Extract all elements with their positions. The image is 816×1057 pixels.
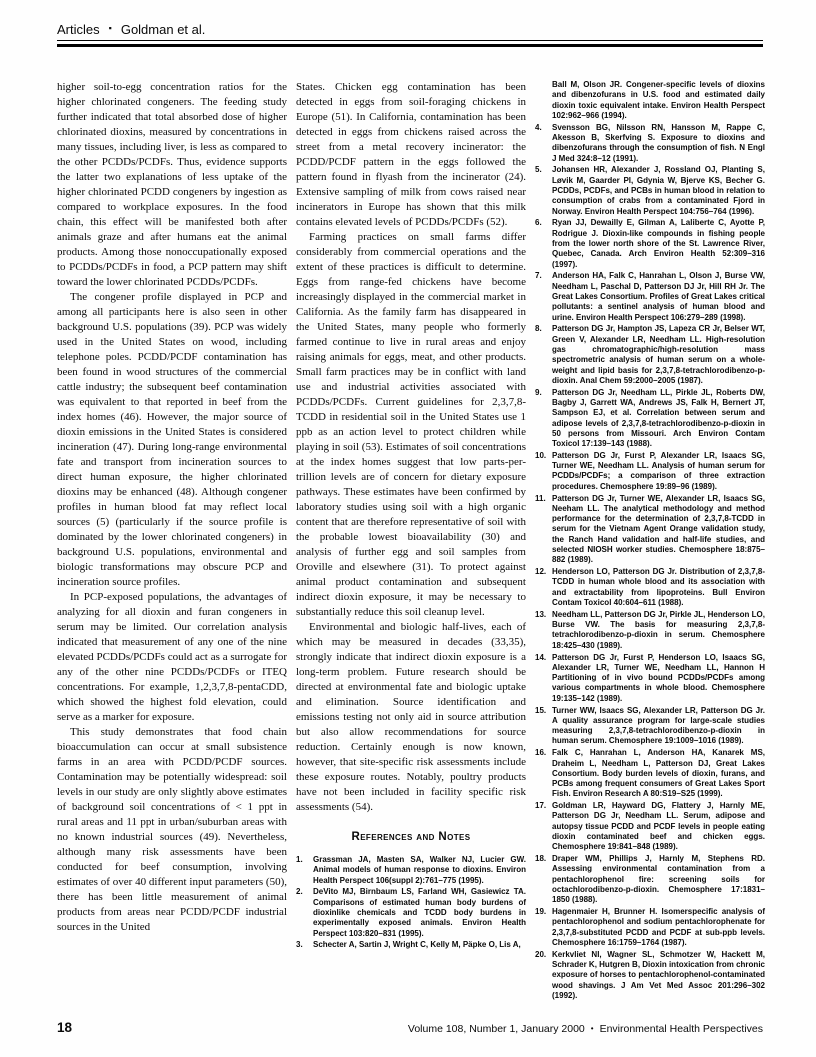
article-content: higher soil-to-egg concentration ratios …: [57, 80, 763, 1003]
dot-bullet-icon: •: [591, 1024, 594, 1033]
reference-item: 14. Patterson DG Jr, Furst P, Henderson …: [535, 653, 765, 704]
reference-item: 15. Turner WW, Isaacs SG, Alexander LR, …: [535, 706, 765, 747]
reference-text: Patterson DG Jr, Needham LL, Pirkle JL, …: [552, 388, 765, 450]
reference-number: 19.: [535, 907, 552, 948]
references-heading: References and Notes: [296, 831, 526, 843]
page-number: 18: [57, 1020, 72, 1035]
reference-item: 3. Schecter A, Sartin J, Wright C, Kelly…: [296, 940, 526, 950]
reference-number: 13.: [535, 610, 552, 651]
reference-number: 9.: [535, 388, 552, 450]
body-paragraph: In PCP-exposed populations, the advantag…: [57, 590, 287, 725]
reference-number: 3.: [296, 940, 313, 950]
reference-item: 8. Patterson DG Jr, Hampton JS, Lapeza C…: [535, 324, 765, 386]
reference-item: 20. Kerkvliet NI, Wagner SL, Schmotzer W…: [535, 950, 765, 1001]
body-paragraph: Environmental and biologic half-lives, e…: [296, 620, 526, 815]
reference-item: 1. Grassman JA, Masten SA, Walker NJ, Lu…: [296, 855, 526, 886]
reference-item: 7. Anderson HA, Falk C, Hanrahan L, Olso…: [535, 271, 765, 322]
square-bullet-icon: ▪: [109, 24, 112, 33]
reference-item: 5. Johansen HR, Alexander J, Rossland OJ…: [535, 165, 765, 216]
reference-text: Draper WM, Phillips J, Harnly M, Stephen…: [552, 854, 765, 905]
reference-number: 10.: [535, 451, 552, 492]
reference-text: DeVito MJ, Birnbaum LS, Farland WH, Gasi…: [313, 887, 526, 938]
reference-number: 17.: [535, 801, 552, 852]
reference-text: Grassman JA, Masten SA, Walker NJ, Lucie…: [313, 855, 526, 886]
section-label: Articles: [57, 22, 100, 37]
column-1: higher soil-to-egg concentration ratios …: [57, 80, 287, 1003]
reference-text: Turner WW, Isaacs SG, Alexander LR, Patt…: [552, 706, 765, 747]
volume-info: Volume 108, Number 1, January 2000: [408, 1023, 585, 1035]
reference-text: Needham LL, Patterson DG Jr, Pirkle JL, …: [552, 610, 765, 651]
body-paragraph: The congener profile displayed in PCP an…: [57, 290, 287, 590]
authors-label: Goldman et al.: [121, 22, 206, 37]
body-paragraph: This study demonstrates that food chain …: [57, 725, 287, 935]
reference-number: 2.: [296, 887, 313, 938]
reference-number: 5.: [535, 165, 552, 216]
header-rule: [57, 44, 763, 48]
body-paragraph: Farming practices on small farms differ …: [296, 230, 526, 620]
journal-name: Environmental Health Perspectives: [600, 1023, 763, 1035]
reference-number: 11.: [535, 494, 552, 566]
reference-item: 11. Patterson DG Jr, Turner WE, Alexande…: [535, 494, 765, 566]
column-3: Ball M, Olson JR. Congener-specific leve…: [535, 80, 765, 1003]
reference-text: Patterson DG Jr, Furst P, Henderson LO, …: [552, 653, 765, 704]
reference-number: 12.: [535, 567, 552, 608]
reference-list-col3: Ball M, Olson JR. Congener-specific leve…: [535, 80, 765, 1001]
reference-item: 4. Svensson BG, Nilsson RN, Hansson M, R…: [535, 123, 765, 164]
reference-text: Kerkvliet NI, Wagner SL, Schmotzer W, Ha…: [552, 950, 765, 1001]
reference-item: 6. Ryan JJ, Dewailly E, Gilman A, Lalibe…: [535, 218, 765, 269]
running-head-line: Articles ▪ Goldman et al.: [57, 22, 763, 41]
reference-number: 20.: [535, 950, 552, 1001]
reference-number: 7.: [535, 271, 552, 322]
reference-text: Ball M, Olson JR. Congener-specific leve…: [552, 80, 765, 121]
reference-item: 17. Goldman LR, Hayward DG, Flattery J, …: [535, 801, 765, 852]
reference-number: 4.: [535, 123, 552, 164]
reference-number: 16.: [535, 748, 552, 799]
reference-text: Henderson LO, Patterson DG Jr. Distribut…: [552, 567, 765, 608]
page-footer: 18 Volume 108, Number 1, January 2000 • …: [57, 1020, 763, 1035]
reference-text: Anderson HA, Falk C, Hanrahan L, Olson J…: [552, 271, 765, 322]
reference-item-continuation: Ball M, Olson JR. Congener-specific leve…: [535, 80, 765, 121]
journal-line: Volume 108, Number 1, January 2000 • Env…: [408, 1023, 763, 1035]
reference-item: 19. Hagenmaier H, Brunner H. Isomerspeci…: [535, 907, 765, 948]
reference-number: 14.: [535, 653, 552, 704]
reference-text: Svensson BG, Nilsson RN, Hansson M, Rapp…: [552, 123, 765, 164]
reference-item: 18. Draper WM, Phillips J, Harnly M, Ste…: [535, 854, 765, 905]
reference-number: 8.: [535, 324, 552, 386]
reference-text: Schecter A, Sartin J, Wright C, Kelly M,…: [313, 940, 526, 950]
reference-text: Hagenmaier H, Brunner H. Isomerspecific …: [552, 907, 765, 948]
reference-text: Johansen HR, Alexander J, Rossland OJ, P…: [552, 165, 765, 216]
article-page: Articles ▪ Goldman et al. higher soil-to…: [0, 0, 816, 1057]
reference-item: 10. Patterson DG Jr, Furst P, Alexander …: [535, 451, 765, 492]
reference-number: [535, 80, 552, 121]
reference-text: Goldman LR, Hayward DG, Flattery J, Harn…: [552, 801, 765, 852]
reference-text: Falk C, Hanrahan L, Anderson HA, Kanarek…: [552, 748, 765, 799]
reference-item: 12. Henderson LO, Patterson DG Jr. Distr…: [535, 567, 765, 608]
reference-number: 18.: [535, 854, 552, 905]
reference-number: 6.: [535, 218, 552, 269]
body-paragraph: States. Chicken egg contamination has be…: [296, 80, 526, 230]
reference-text: Ryan JJ, Dewailly E, Gilman A, Laliberte…: [552, 218, 765, 269]
reference-item: 13. Needham LL, Patterson DG Jr, Pirkle …: [535, 610, 765, 651]
reference-item: 2. DeVito MJ, Birnbaum LS, Farland WH, G…: [296, 887, 526, 938]
reference-text: Patterson DG Jr, Furst P, Alexander LR, …: [552, 451, 765, 492]
reference-list-col2: 1. Grassman JA, Masten SA, Walker NJ, Lu…: [296, 855, 526, 951]
reference-text: Patterson DG Jr, Hampton JS, Lapeza CR J…: [552, 324, 765, 386]
column-2: States. Chicken egg contamination has be…: [296, 80, 526, 1003]
reference-number: 1.: [296, 855, 313, 886]
body-paragraph: higher soil-to-egg concentration ratios …: [57, 80, 287, 290]
reference-text: Patterson DG Jr, Turner WE, Alexander LR…: [552, 494, 765, 566]
running-head: Articles ▪ Goldman et al.: [57, 22, 763, 47]
reference-item: 16. Falk C, Hanrahan L, Anderson HA, Kan…: [535, 748, 765, 799]
reference-number: 15.: [535, 706, 552, 747]
reference-item: 9. Patterson DG Jr, Needham LL, Pirkle J…: [535, 388, 765, 450]
